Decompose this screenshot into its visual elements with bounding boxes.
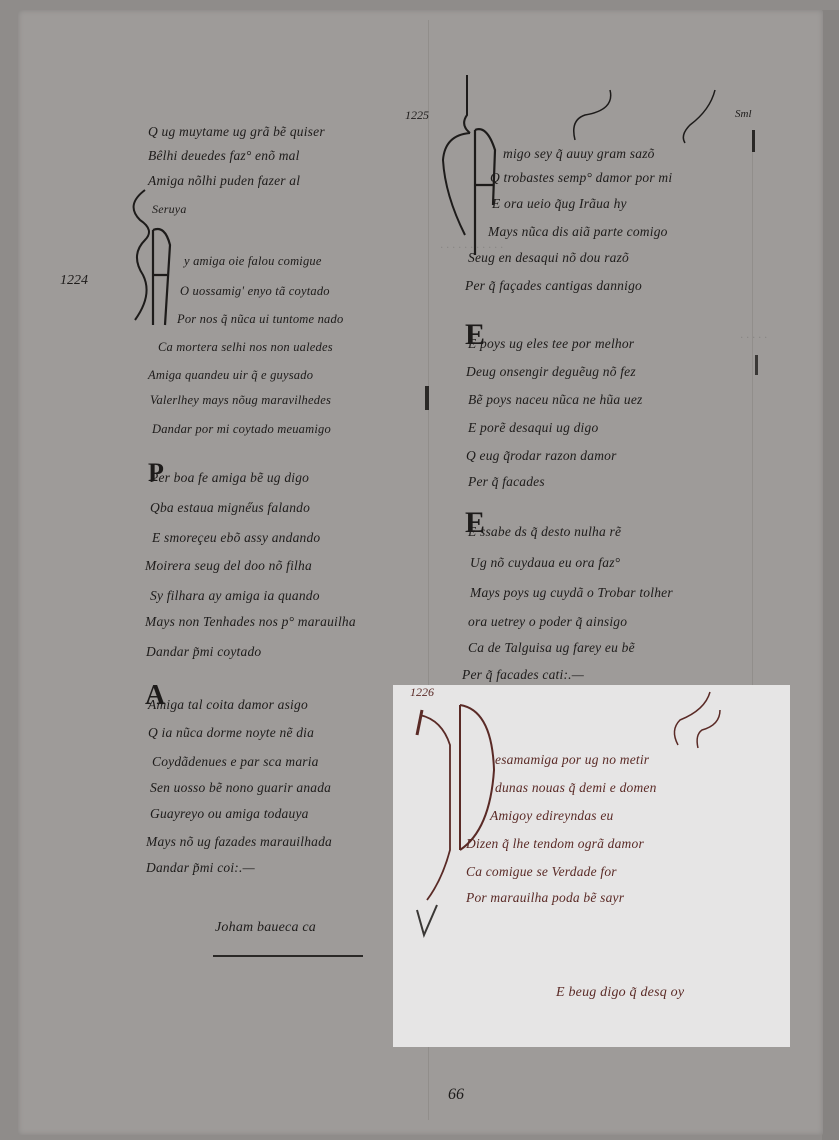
poem-number: 1224 [60,273,88,289]
verse-line: Ca de Talguisa ug farey eu bẽ [468,640,635,656]
decorated-initial-a [125,185,185,335]
verse-line: Ca comigue se Verdade for [466,864,617,880]
refrain-line: Dandar p̃mi coytado [146,644,261,660]
verse-line: Ca mortera selhi nos non ualedes [158,340,333,355]
folio-number: 66 [448,1086,464,1104]
verse-line: Valerlhey mays nõug maravilhedes [150,393,331,408]
verse-line: ora uetrey o poder q̃ ainsigo [468,614,627,630]
refrain-line: Per q̃ façades cantigas dannigo [465,278,642,294]
verse-line: y amiga oie falou comigue [184,254,322,269]
margin-bracket-mark [425,386,429,410]
margin-bracket-mark [752,130,755,152]
verse-line: E smoreçeu ebõ assy andando [152,530,320,546]
verse-line: migo sey q̃ auuy gram sazõ [503,146,655,162]
verse-line: Per boa fe amiga bẽ ug digo [150,470,309,486]
refrain-line: Per q̃ facades [468,474,545,490]
margin-bracket-mark [755,355,758,375]
verse-line: Guayreyo ou amiga todauya [150,806,309,822]
verse-line: E ora ueio q̃ug Irãua hy [492,196,627,212]
refrain-line: Per q̃ facades cati:.— [462,667,584,683]
verse-line: Ug nõ cuydaua eu ora faz° [470,555,620,571]
refrain-line: Dandar p̃mi coi:.— [146,860,255,876]
verse-line: Seug en desaqui nõ dou razõ [468,250,629,266]
top-right-mark: Sml [735,108,752,120]
verse-line: Por marauilha poda bẽ sayr [466,890,624,906]
verse-line: Coydãdenues e par sca maria [152,754,319,770]
verse-line: Amigoy edireyndas eu [490,808,613,824]
verse-line: Sy filhara ay amiga ia quando [150,588,320,604]
verse-line: Q ug muytame ug grã bẽ quiser [148,124,325,140]
verse-line: Bẽ poys naceu nũca ne hũa uez [468,392,643,408]
verse-line: O uossamig' enyo tã coytado [180,284,330,299]
verse-line: E porẽ desaqui ug digo [468,420,598,436]
verse-line: Q ia nũca dorme noyte nẽ dia [148,725,314,741]
pen-flourish [650,690,730,750]
verse-line: Mays poys ug cuydã o Trobar tolher [470,585,673,601]
verse-line: E poys ug eles tee por melhor [468,336,634,352]
verse-line: Amiga tal coita damor asigo [148,697,308,713]
verse-line: Amiga quandeu uir q̃ e guysado [148,368,313,383]
poem-number: 1225 [405,108,429,123]
author-attribution: Joham baueca ca [215,920,316,936]
verse-line: Moirera seug del doo nõ filha [145,558,312,574]
verse-line: Mays non Tenhades nos p° marauilha [145,614,356,630]
verse-line: Q eug q̃rodar razon damor [466,448,617,464]
verse-line: Bêlhi deuedes faz° enõ mal [148,148,300,164]
verse-line: E ssabe ds q̃ desto nulha rẽ [468,524,621,540]
verse-line: Qba estaua migne̋us falando [150,500,310,516]
verse-line: Por nos q̃ nũca ui tuntome nado [177,312,343,327]
verse-line: Q trobastes semp° damor por mi [490,170,672,186]
closing-line: E beug digo q̃ desq oy [556,985,684,1001]
poem-number: 1226 [410,685,434,700]
verse-line: Mays nõ ug fazades marauilhada [146,834,332,850]
pen-flourish [565,85,725,145]
verse-line: Mays nũca dis aiã parte comigo [488,224,668,240]
signature-underline [213,955,363,957]
verse-line: esamamiga por ug no metir [495,752,649,768]
verse-line: dunas nouas q̃ demi e domen [495,780,657,796]
verse-line: Deug onsengir deguẽug nõ fez [466,364,636,380]
show-through-text: · · · · · [740,330,767,345]
page-edge [822,10,839,1140]
verse-line: Dizen q̃ lhe tendom ogrã damor [466,836,644,852]
verse-line: Sen uosso bẽ nono guarir anada [150,780,331,796]
refrain-line: Dandar por mi coytado meuamigo [152,422,331,437]
